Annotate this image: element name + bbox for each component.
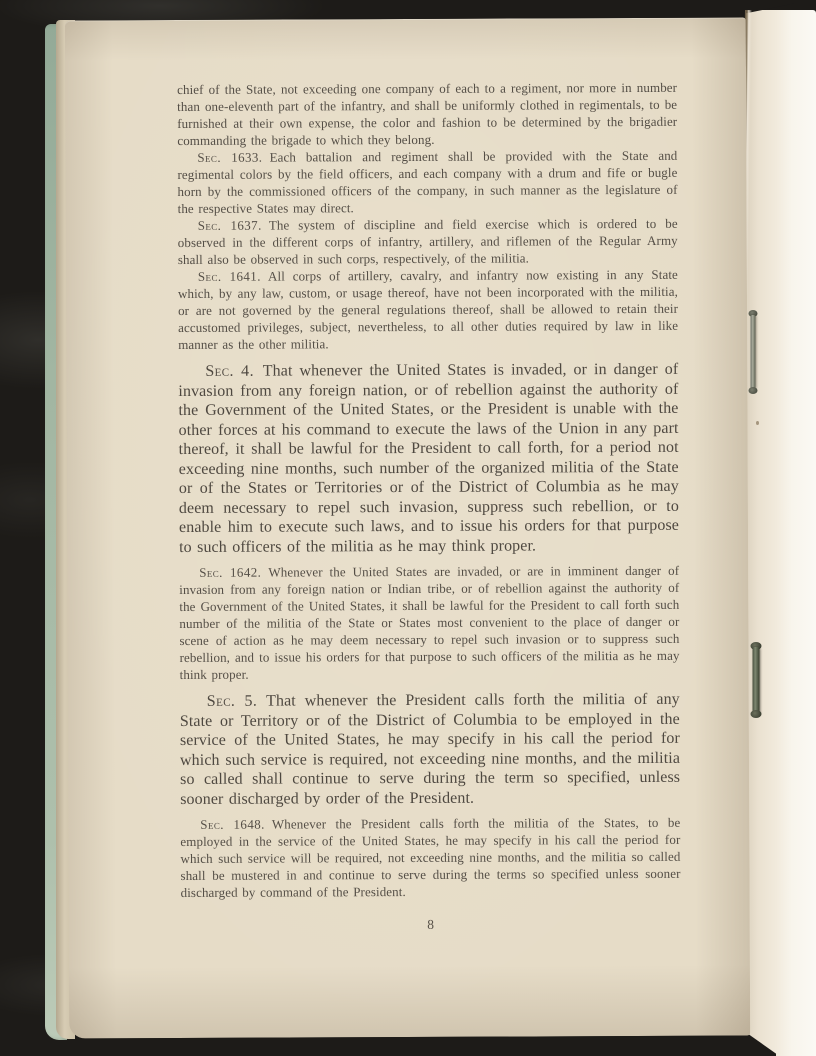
document-page: chief of the State, not exceeding one co…: [65, 18, 750, 1039]
paragraph-text: chief of the State, not exceeding one co…: [177, 80, 677, 148]
paragraph-sec-4: Sec. 4.That whenever the United States i…: [178, 360, 679, 557]
paragraph-sec-5: Sec. 5.That whenever the President calls…: [180, 690, 681, 809]
paragraph-continuation: chief of the State, not exceeding one co…: [177, 79, 677, 149]
paragraph-sec-1648: Sec. 1648.Whenever the President calls f…: [180, 814, 680, 901]
section-label: Sec. 5.: [207, 693, 258, 710]
paragraph-sec-1642: Sec. 1642.Whenever the United States are…: [179, 562, 680, 683]
section-label: Sec. 1642.: [199, 565, 261, 580]
scanned-book-photo: chief of the State, not exceeding one co…: [0, 0, 816, 1056]
section-label: Sec. 4.: [205, 363, 254, 380]
section-label: Sec. 1641.: [198, 269, 261, 284]
page-number: 8: [181, 916, 681, 934]
page-text: chief of the State, not exceeding one co…: [177, 79, 681, 934]
section-label: Sec. 1637.: [198, 218, 262, 233]
staple-wire: [752, 647, 759, 713]
binding-staple-top-icon: [747, 310, 759, 394]
staple-hole: [749, 387, 758, 394]
paragraph-text: Whenever the United States are invaded, …: [179, 563, 679, 682]
section-label: Sec. 1648.: [200, 817, 265, 832]
staple-hole: [750, 710, 761, 718]
staple-wire: [751, 315, 756, 389]
dust-speck: [756, 421, 759, 425]
paragraph-sec-1637: Sec. 1637.The system of discipline and f…: [178, 215, 678, 268]
section-label: Sec. 1633.: [197, 150, 262, 165]
facing-page-edge: [746, 10, 816, 1056]
binding-staple-bottom-icon: [749, 642, 762, 718]
paragraph-text: That whenever the United States is invad…: [178, 361, 679, 556]
paragraph-sec-1641: Sec. 1641.All corps of artillery, cavalr…: [178, 266, 678, 353]
paragraph-sec-1633: Sec. 1633.Each battalion and regiment sh…: [177, 147, 677, 217]
